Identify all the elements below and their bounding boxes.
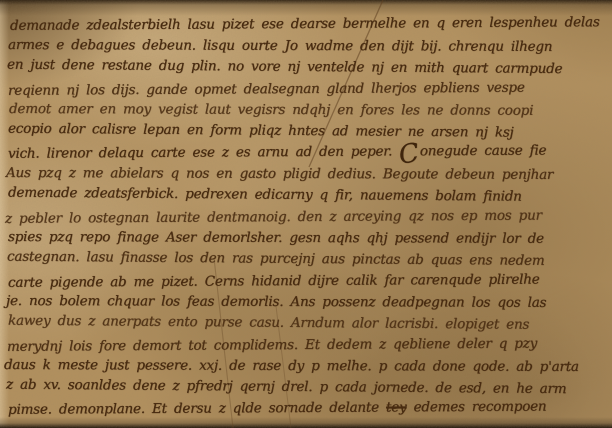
manuscript-text-block: demanade zdealsterbielh lasu pizet ese d…	[0, 0, 612, 428]
manuscript-photo: demanade zdealsterbielh lasu pizet ese d…	[0, 0, 612, 428]
manuscript-line: daus k meste just pessere. xxj. de rase …	[4, 358, 604, 375]
struck-word: tey	[386, 399, 407, 415]
manuscript-line: Aus pzq z me abielars q nos en gasto pli…	[6, 166, 606, 183]
line-text: edemes recompoen	[414, 399, 547, 416]
manuscript-line: je. nos bolem chquar los feas demorlis. …	[6, 294, 606, 311]
line-text: vich. lirenor delaqu carte ese z es arnu…	[8, 143, 392, 161]
manuscript-line: spies pzq repo finage Aser demorlsher. g…	[8, 230, 608, 247]
manuscript-line: reqienn nj los dijs. gande opmet dealseg…	[8, 80, 608, 99]
manuscript-line: vich. lirenor delaqu carte ese z es arnu…	[8, 143, 608, 162]
manuscript-line: merydnj lois fore demort tot complidems.…	[7, 336, 607, 355]
manuscript-line: z pebler lo ostegnan laurite dentmanoig.…	[5, 208, 605, 227]
manuscript-line: demot amer en moy vegist laut vegisrs nd…	[9, 102, 609, 119]
manuscript-line: demenade zdeatsferbick. pedrexen edicarn…	[8, 186, 608, 206]
drop-cap-initial: C	[399, 149, 420, 160]
line-text: pimse. demonplane. Et dersu z qlde sorna…	[8, 400, 379, 418]
line-text: onegude cause fie	[420, 143, 547, 160]
manuscript-line: castegnan. lasu finasse los den ras purc…	[7, 250, 607, 270]
manuscript-line: armes e debagues debeun. lisqu ourte Jo …	[8, 38, 608, 55]
manuscript-line: kawey dus z anerpats ento purse casu. Ar…	[8, 314, 608, 334]
manuscript-line: en just dene restane dug plin. no vore n…	[7, 58, 607, 78]
manuscript-line: pimse. demonplane. Et dersu z qlde sorna…	[8, 399, 608, 418]
manuscript-line: z ab xv. soanldes dene z pfredrj qernj d…	[6, 378, 606, 398]
manuscript-line: demanade zdealsterbielh lasu pizet ese d…	[10, 15, 610, 34]
manuscript-line: carte pigende ab me pizet. Cerns hidanid…	[8, 272, 608, 291]
manuscript-line: ecopio alor calisre lepan en form pliqz …	[8, 122, 608, 142]
